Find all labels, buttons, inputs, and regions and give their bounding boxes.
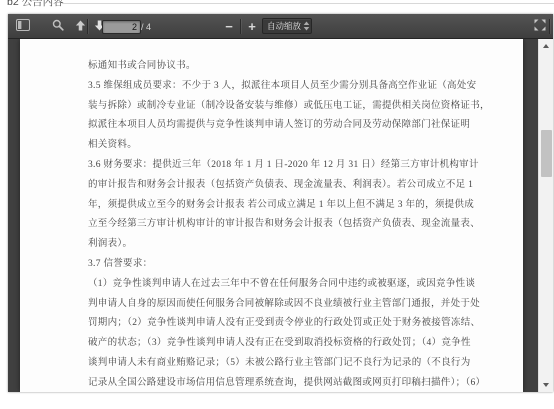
toolbar-divider xyxy=(549,19,550,34)
vertical-scrollbar[interactable] xyxy=(538,39,553,392)
zoom-level-select[interactable]: 自动缩放 xyxy=(262,18,312,34)
document-text-line: 3.6 财务要求：提供近三年（2018 年 1 月 1 日-2020 年 12 … xyxy=(88,156,502,176)
zoom-level-value: 自动缩放 xyxy=(263,20,301,32)
scroll-down-icon xyxy=(543,383,549,387)
document-text-line: 立至今经第三方审计机构审计的审计报告和财务会计报表（包括资产负债表、现金流量表、 xyxy=(88,215,502,235)
document-text-line: 相关资料。 xyxy=(88,136,502,156)
toolbar-divider xyxy=(240,19,241,34)
zoom-in-button[interactable]: + xyxy=(242,14,262,39)
document-text-line: （1）竞争性谈判申请人在过去三年中不曾在任何服务合同中违约或被驱逐，或因竞争性谈 xyxy=(88,275,502,295)
scroll-down-button[interactable] xyxy=(539,379,553,391)
document-text-line: 3.7 信誉要求： xyxy=(88,255,502,275)
page-number-input[interactable] xyxy=(102,20,141,34)
find-button[interactable] xyxy=(48,14,68,39)
up-down-arrows-icon xyxy=(301,21,311,31)
pdf-viewer: / 4 − + 自动缩放 xyxy=(8,14,553,392)
zoom-out-button[interactable]: − xyxy=(219,14,239,39)
document-text-line: 罚期内；（2）竞争性谈判申请人没有正受到责令停业的行政处罚或正处于财务被接管冻结… xyxy=(88,314,502,334)
plus-icon: + xyxy=(248,20,256,33)
search-icon xyxy=(52,19,64,34)
document-text-line: 拟派往本项目人员均需提供与竞争性谈判申请人签订的劳动合同及劳动保障部门社保证明 xyxy=(88,116,502,136)
document-scroll-area[interactable]: 标通知书或合同协议书。3.5 维保组成员要求：不少于 3 人，拟派往本项目人员至… xyxy=(8,39,538,392)
document-text-line: 装与拆除）或制冷专业证（制冷设备安装与维修）或低压电工证，需提供相关岗位资格证书… xyxy=(88,97,502,117)
section-header: b2 公告内容 xyxy=(0,0,554,9)
document-text-line: 判申请人自身的原因而使任何服务合同被解除或因不良业绩被行业主管部门通报，并处于处 xyxy=(88,295,502,315)
document-text-line: 破产的状态；（3）竞争性谈判申请人没有正在受到取消投标资格的行政处罚；（4）竞争… xyxy=(88,334,502,354)
document-text-line: 记录从全国公路建设市场信用信息管理系统查询，提供网站截图或网页打印稿扫描件）；（… xyxy=(88,374,502,392)
arrow-up-icon xyxy=(75,19,86,34)
pdf-page: 标通知书或合同协议书。3.5 维保组成员要求：不少于 3 人，拟派往本项目人员至… xyxy=(20,39,523,392)
fullscreen-expand-icon xyxy=(534,19,546,34)
page-count-label: / 4 xyxy=(141,22,151,32)
scroll-up-button[interactable] xyxy=(539,40,553,52)
pdf-toolbar: / 4 − + 自动缩放 xyxy=(8,14,553,39)
presentation-mode-button[interactable] xyxy=(530,14,550,39)
toolbar-divider xyxy=(87,19,88,34)
scroll-up-icon xyxy=(543,44,549,48)
document-text-line: 标通知书或合同协议书。 xyxy=(88,57,502,77)
sidebar-toggle-icon xyxy=(16,19,30,34)
section-header-label: b2 公告内容 xyxy=(7,0,64,9)
document-text-line: 年，须提供成立至今的财务会计报表 若公司成立满足 1 年以上但不满足 3 年的，… xyxy=(88,196,502,216)
document-text-line: 3.5 维保组成员要求：不少于 3 人，拟派往本项目人员至少需分别具备高空作业证… xyxy=(88,77,502,97)
sidebar-toggle-button[interactable] xyxy=(13,14,33,39)
section-header-rule xyxy=(62,3,554,4)
pdf-page-text: 标通知书或合同协议书。3.5 维保组成员要求：不少于 3 人，拟派往本项目人员至… xyxy=(88,57,502,392)
minus-icon: − xyxy=(225,20,233,33)
document-text-line: 的审计报告和财务会计报表（包括资产负债表、现金流量表、利润表）。若公司成立不足 … xyxy=(88,176,502,196)
document-text-line: 谈判申请人未有商业贿赂记录；（5）未被公路行业主管部门记不良行为记录的（不良行为 xyxy=(88,354,502,374)
document-text-line: 利润表）。 xyxy=(88,235,502,255)
scrollbar-thumb[interactable] xyxy=(541,130,552,177)
